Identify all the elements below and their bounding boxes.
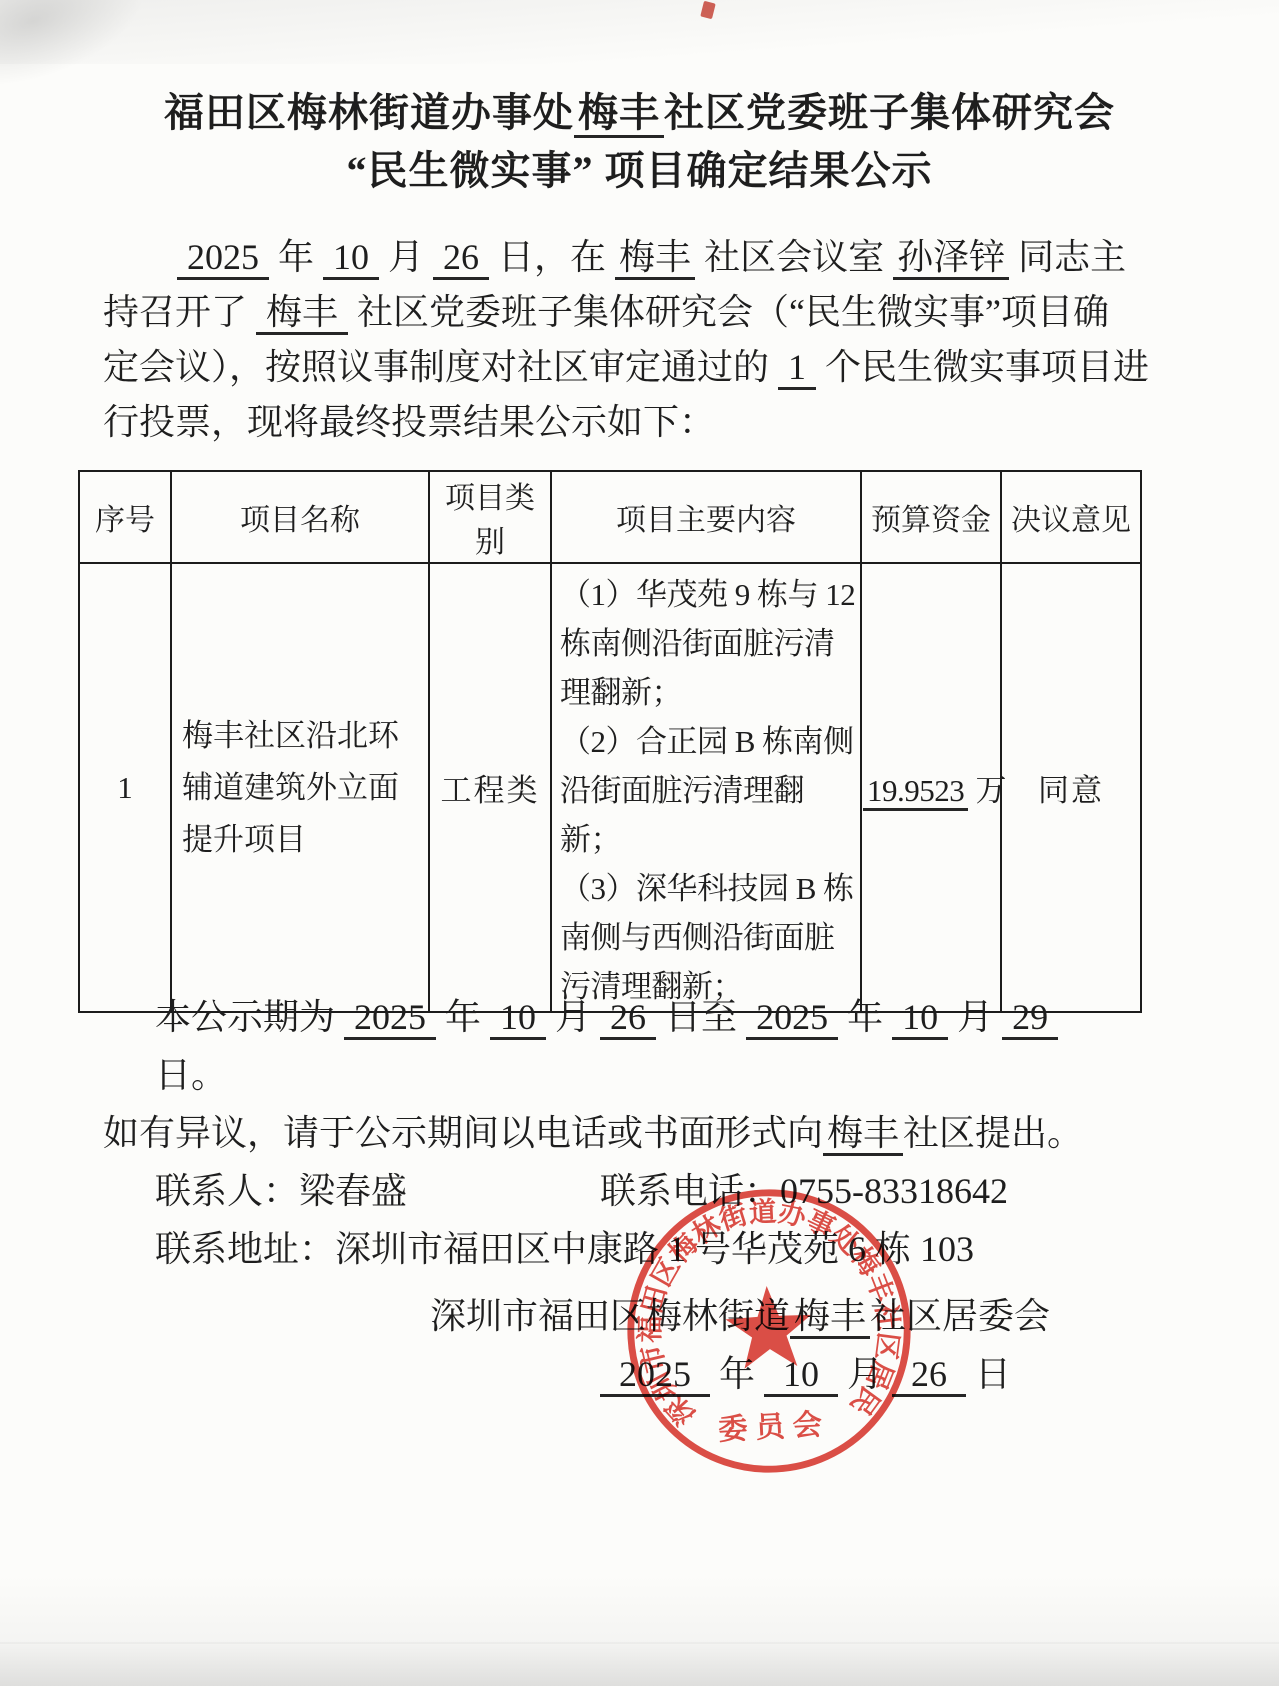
cell-category: 工程类	[429, 563, 551, 1012]
paragraph-line: 持召开了 梅丰 社区党委班子集体研究会（“民生微实事”项目确	[103, 285, 1125, 340]
notice-period-line: 本公示期为 2025 年 10 月 26 日至 2025 年 10 月 29 日…	[103, 988, 1133, 1104]
header-budget: 预算资金	[861, 471, 1001, 563]
scan-artifact-bottom-soft	[0, 1574, 1279, 1644]
content-item: （2）合正园 B 栋南侧沿街面脏污清理翻新；	[560, 717, 858, 864]
table-row: 1 梅丰社区沿北环辅道建筑外立面提升项目 工程类 （1）华茂苑 9 栋与 12 …	[79, 563, 1141, 1012]
cell-budget: 19.9523 万	[861, 563, 1001, 1012]
table-header-row: 序号 项目名称 项目类别 项目主要内容 预算资金 决议意见	[79, 471, 1141, 563]
header-decision: 决议意见	[1001, 471, 1141, 563]
header-project-name: 项目名称	[171, 471, 429, 563]
scan-artifact-top	[0, 0, 1279, 64]
contact-address: 联系地址：深圳市福田区中康路 1 号华茂苑 6 栋 103	[103, 1220, 1133, 1278]
contact-person: 联系人：梁春盛	[155, 1171, 407, 1211]
projects-table: 序号 项目名称 项目类别 项目主要内容 预算资金 决议意见 1 梅丰社区沿北环辅…	[78, 470, 1142, 1013]
notice-section: 本公示期为 2025 年 10 月 26 日至 2025 年 10 月 29 日…	[103, 988, 1133, 1278]
header-seq: 序号	[79, 471, 171, 563]
cell-main-content: （1）华茂苑 9 栋与 12 栋南侧沿街面脏污清理翻新； （2）合正园 B 栋南…	[551, 563, 861, 1012]
header-category: 项目类别	[429, 471, 551, 563]
stamp-bottom-text: 委员会	[717, 1408, 830, 1447]
content-item: （1）华茂苑 9 栋与 12 栋南侧沿街面脏污清理翻新；	[560, 570, 858, 717]
scan-artifact-bottom	[0, 1642, 1279, 1686]
signature-organization: 深圳市福田区梅林街道梅丰社区居委会	[430, 1288, 1050, 1339]
cell-seq: 1	[79, 563, 171, 1012]
title-line-2: “民生微实事” 项目确定结果公示	[0, 142, 1279, 200]
intro-paragraph: 2025 年 10 月 26 日，在 梅丰 社区会议室 孙泽锌 同志主 持召开了…	[103, 230, 1125, 450]
contact-phone: 联系电话：0755-83318642	[600, 1171, 1008, 1211]
cell-project-name: 梅丰社区沿北环辅道建筑外立面提升项目	[171, 563, 429, 1012]
paragraph-line: 行投票，现将最终投票结果公示如下：	[103, 395, 1125, 450]
document-title: 福田区梅林街道办事处梅丰社区党委班子集体研究会 “民生微实事” 项目确定结果公示	[0, 84, 1279, 200]
signature-date: 2025 年 10 月 26 日	[600, 1346, 1011, 1397]
contacts-row: 联系人：梁春盛联系电话：0755-83318642	[103, 1162, 1133, 1220]
paragraph-line: 2025 年 10 月 26 日，在 梅丰 社区会议室 孙泽锌 同志主	[103, 230, 1125, 285]
header-main-content: 项目主要内容	[551, 471, 861, 563]
cell-decision: 同意	[1001, 563, 1141, 1012]
paragraph-line: 定会议），按照议事制度对社区审定通过的 1 个民生微实事项目进	[103, 340, 1125, 395]
title-line-1: 福田区梅林街道办事处梅丰社区党委班子集体研究会	[0, 84, 1279, 142]
notice-objection-line: 如有异议，请于公示期间以电话或书面形式向梅丰社区提出。	[103, 1104, 1133, 1162]
scanned-notice-page: 福田区梅林街道办事处梅丰社区党委班子集体研究会 “民生微实事” 项目确定结果公示…	[0, 0, 1279, 1686]
